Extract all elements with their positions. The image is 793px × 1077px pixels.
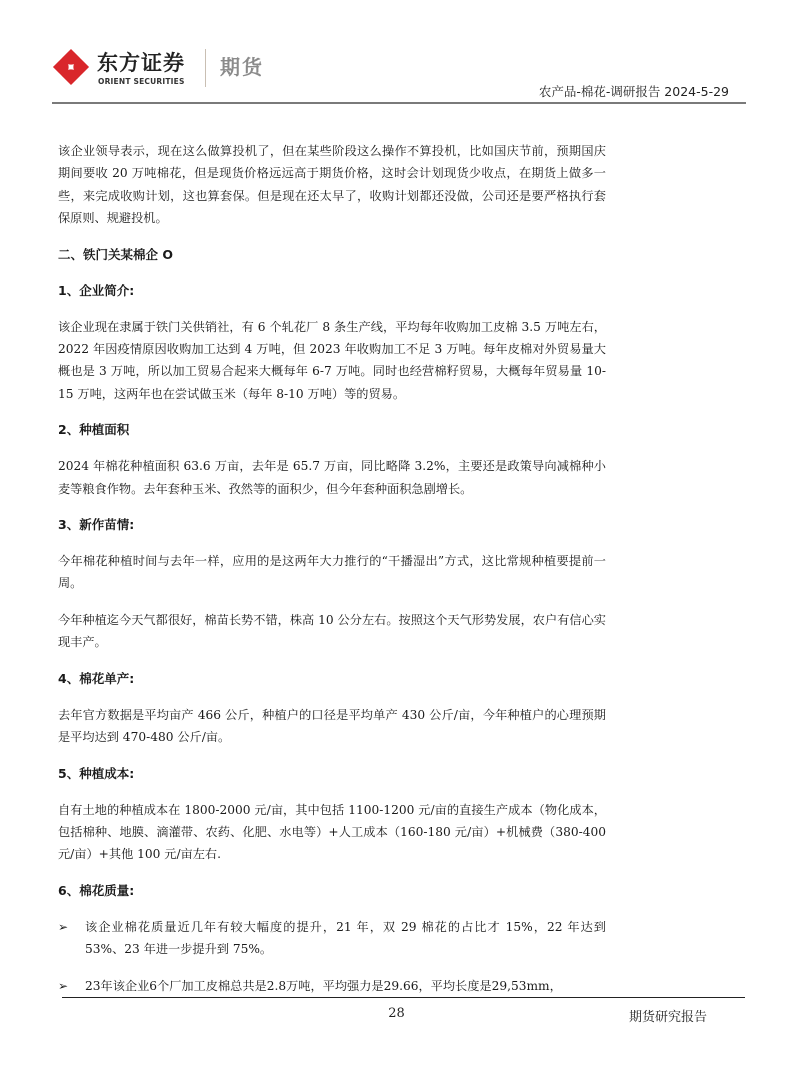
- brand-subtitle: 期货: [220, 51, 264, 80]
- seedling-paragraph-1: 今年棉花种植时间与去年一样，应用的是这两年大力推行的“干播湿出”方式，这比常规种…: [58, 550, 606, 595]
- subsection-heading-company-profile: 1、企业简介:: [58, 280, 606, 302]
- orient-securities-logo-icon: [52, 48, 90, 86]
- seedling-paragraph-2: 今年种植迄今天气都很好，棉苗长势不错，株高 10 公分左右。按照这个天气形势发展…: [58, 609, 606, 654]
- subsection-heading-planting-area: 2、种植面积: [58, 419, 606, 441]
- arrow-bullet-icon: ➢: [58, 916, 68, 938]
- brand-name-en: ORIENT SECURITIES: [98, 77, 185, 86]
- company-profile-paragraph: 该企业现在隶属于铁门关供销社，有 6 个轧花厂 8 条生产线，平均每年收购加工皮…: [58, 316, 606, 406]
- footer-divider: [62, 997, 745, 998]
- brand-name-cn: 东方证券: [97, 47, 185, 77]
- quality-bullet-text: 23年该企业6个厂加工皮棉总共是2.8万吨，平均强力是29.66，平均长度是29…: [85, 979, 562, 993]
- brand-divider: [205, 49, 206, 87]
- report-title: 农产品-棉花-调研报告 2024-5-29: [539, 82, 729, 100]
- header-divider: [52, 102, 746, 104]
- subsection-heading-seedling: 3、新作苗情:: [58, 514, 606, 536]
- footer-label: 期货研究报告: [629, 1006, 707, 1025]
- document-body: 该企业领导表示，现在这么做算投机了，但在某些阶段这么操作不算投机，比如国庆节前，…: [58, 140, 606, 1011]
- planting-area-paragraph: 2024 年棉花种植面积 63.6 万亩，去年是 65.7 万亩，同比略降 3.…: [58, 455, 606, 500]
- quality-bullet-item: ➢ 23年该企业6个厂加工皮棉总共是2.8万吨，平均强力是29.66，平均长度是…: [58, 975, 606, 997]
- quality-bullet-text: 该企业棉花质量近几年有较大幅度的提升，21 年，双 29 棉花的占比才 15%，…: [85, 920, 606, 956]
- subsection-heading-quality: 6、棉花质量:: [58, 880, 606, 902]
- page-header: 东方证券 ORIENT SECURITIES 期货 农产品-棉花-调研报告 20…: [0, 0, 793, 110]
- intro-paragraph: 该企业领导表示，现在这么做算投机了，但在某些阶段这么操作不算投机，比如国庆节前，…: [58, 140, 606, 230]
- cost-paragraph: 自有土地的种植成本在 1800-2000 元/亩，其中包括 1100-1200 …: [58, 799, 606, 866]
- arrow-bullet-icon: ➢: [58, 975, 68, 997]
- subsection-heading-yield: 4、棉花单产:: [58, 668, 606, 690]
- subsection-heading-cost: 5、种植成本:: [58, 763, 606, 785]
- quality-bullet-item: ➢ 该企业棉花质量近几年有较大幅度的提升，21 年，双 29 棉花的占比才 15…: [58, 916, 606, 961]
- section-title: 二、铁门关某棉企 O: [58, 244, 606, 266]
- yield-paragraph: 去年官方数据是平均亩产 466 公斤，种植户的口径是平均单产 430 公斤/亩，…: [58, 704, 606, 749]
